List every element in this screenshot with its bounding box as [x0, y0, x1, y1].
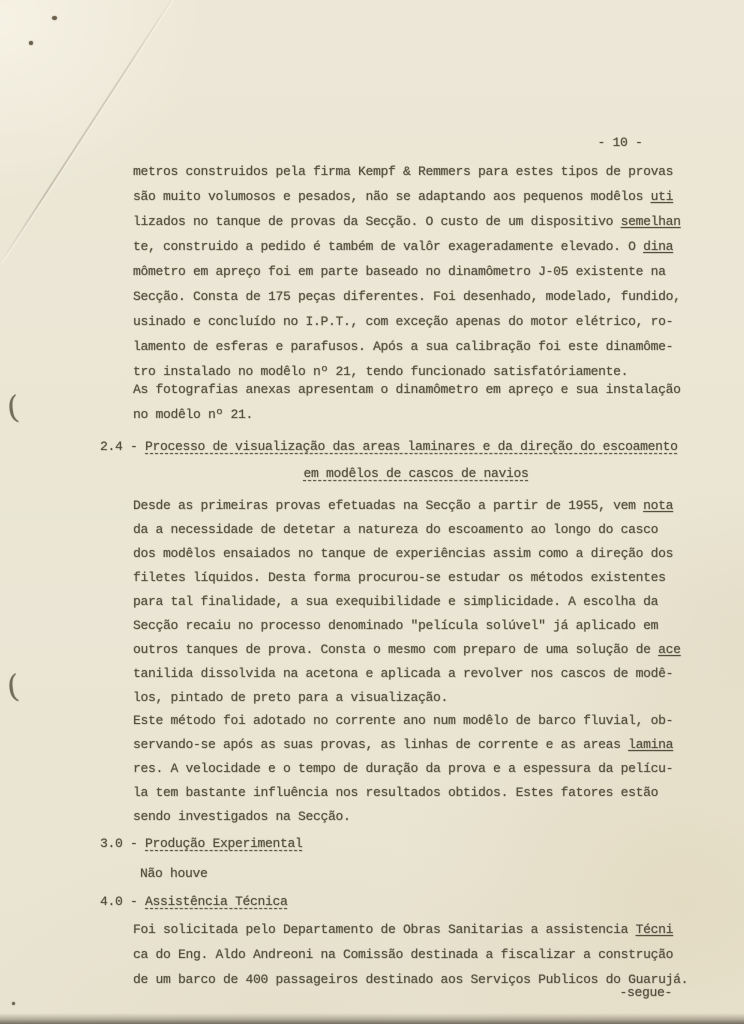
text-line: outros tanques de prova. Consta o mesmo …	[133, 638, 681, 662]
paper-speck	[12, 1002, 15, 1005]
page-number: - 10 -	[560, 135, 680, 150]
paragraph-none: Não houve	[140, 861, 208, 886]
text-line: dos modêlos ensaiados no tanque de exper…	[133, 542, 681, 566]
text-line: Não houve	[140, 861, 208, 886]
continuation-marker: -segue-	[500, 985, 672, 1000]
section-heading-4-0: 4.0 - Assistência Técnica	[100, 889, 288, 914]
text-line: filetes líquidos. Desta forma procurou-s…	[133, 566, 681, 590]
paragraph-photos: As fotografias anexas apresentam o dinam…	[133, 377, 681, 427]
paper-speck	[29, 41, 33, 45]
section-heading-3-0: 3.0 - Produção Experimental	[100, 831, 303, 856]
text-line: Secção recaiu no processo denominado "pe…	[133, 614, 681, 638]
paragraph-technical-assistance: Foi solicitada pelo Departamento de Obra…	[133, 917, 688, 992]
punch-hole-mark: (	[5, 389, 21, 426]
text-line: ca do Eng. Aldo Andreoni na Comissão des…	[133, 942, 688, 967]
hyphenation-underline: semelhan	[621, 214, 681, 229]
paragraph-method-adoption: Este método foi adotado no corrente ano …	[133, 709, 673, 829]
paragraph-dynamometer: metros construidos pela firma Kempf & Re…	[133, 159, 681, 384]
section-title: Produção Experimental	[145, 836, 303, 851]
section-title-line2: em modêlos de cascos de navios	[303, 466, 528, 481]
section-number: 2.4 -	[100, 439, 145, 454]
text-line: los, pintado de preto para a visualizaçã…	[133, 686, 681, 710]
text-line: mômetro em apreço foi em parte baseado n…	[133, 259, 681, 284]
section-heading-2-4: 2.4 - Processo de visualização das areas…	[100, 434, 700, 486]
text-line: para tal finalidade, a sua exequibilidad…	[133, 590, 681, 614]
hyphenation-underline: ace	[658, 642, 681, 657]
hyphenation-underline: Técni	[636, 922, 674, 937]
text-line: são muito volumosos e pesados, não se ad…	[133, 184, 681, 209]
text-line: la tem bastante influência nos resultado…	[133, 781, 673, 805]
hyphenation-underline: lamina	[628, 737, 673, 752]
text-line: res. A velocidade e o tempo de duração d…	[133, 757, 673, 781]
text-line: metros construidos pela firma Kempf & Re…	[133, 159, 681, 184]
punch-hole-mark: (	[5, 668, 21, 705]
paper-speck	[52, 16, 57, 20]
section-title: Assistência Técnica	[145, 894, 288, 909]
text-line: As fotografias anexas apresentam o dinam…	[133, 377, 681, 402]
text-line: servando-se após as suas provas, as linh…	[133, 733, 673, 757]
hyphenation-underline: nota	[643, 498, 673, 513]
text-line: lamento de esferas e parafusos. Após a s…	[133, 334, 681, 359]
paragraph-visualization: Desde as primeiras provas efetuadas na S…	[133, 494, 681, 710]
text-line: Foi solicitada pelo Departamento de Obra…	[133, 917, 688, 942]
text-line: no modêlo nº 21.	[133, 402, 681, 427]
text-line: Este método foi adotado no corrente ano …	[133, 709, 673, 733]
text-line: da a necessidade de detetar a natureza d…	[133, 518, 681, 542]
hyphenation-underline: uti	[651, 189, 674, 204]
text-line: Secção. Consta de 175 peças diferentes. …	[133, 284, 681, 309]
document-page: ( ( - 10 - metros construidos pela firma…	[0, 0, 744, 1024]
section-number: 3.0 -	[100, 836, 145, 851]
section-title: Processo de visualização das areas lamin…	[145, 439, 678, 454]
text-line: usinado e concluído no I.P.T., com exceç…	[133, 309, 681, 334]
section-number: 4.0 -	[100, 894, 145, 909]
text-line: lizados no tanque de provas da Secção. O…	[133, 209, 681, 234]
text-line: Desde as primeiras provas efetuadas na S…	[133, 494, 681, 518]
hyphenation-underline: dina	[643, 239, 673, 254]
text-line: te, construido a pedido é também de valô…	[133, 234, 681, 259]
text-line: tanilida dissolvida na acetona e aplicad…	[133, 662, 681, 686]
text-line: sendo investigados na Secção.	[133, 805, 673, 829]
